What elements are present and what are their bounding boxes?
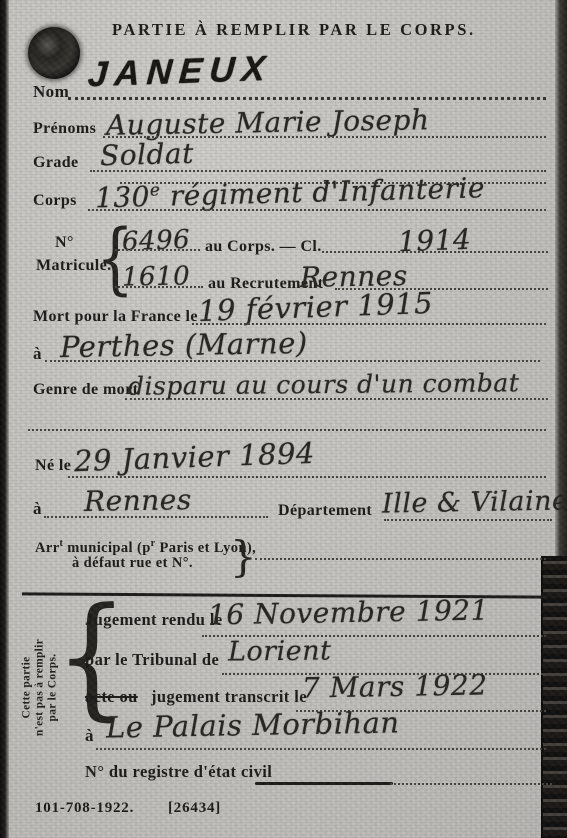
dotted-leader [192,323,546,325]
dotted-leader [28,429,546,431]
field-value-genre-mort: disparu au cours d'un combat [128,368,520,400]
field-label-jugement-rendu: Jugement rendu le [85,610,223,630]
field-value-matricule-corps: 6496 [121,225,190,257]
field-label-jugement-transcrit: jugement transcrit le [151,687,307,707]
field-value-nom: JANEUX [87,49,274,96]
field-value-tribunal: Lorient [228,636,332,668]
side-note: Cette partie n'est pas à remplir par le … [21,604,60,772]
dotted-leader [45,360,540,362]
dotted-leader [115,249,200,251]
dotted-leader [125,398,548,400]
ink-stamp-icon [28,27,80,79]
field-value-jugement-transcrit: 7 Mars 1922 [302,668,488,704]
field-value-ne-le: 29 Janvier 1894 [73,436,315,478]
field-label-tribunal: par le Tribunal de [85,650,219,670]
military-death-record-card: PARTIE À REMPLIR PAR LE CORPS. JANEUX No… [0,0,567,838]
dotted-leader [390,783,552,785]
field-label-prenoms: Prénoms [33,120,96,138]
field-label-mort-lieu: à [33,344,42,364]
field-value-ne-lieu: Rennes [84,483,192,518]
arrondissement-brace: } [230,536,257,578]
field-label-registre: N° du registre d'état civil [85,762,272,782]
side-note-line: Cette partie [21,604,34,772]
dotted-leader [68,97,546,100]
field-value-departement: Ille & Vilaine [382,485,567,519]
dotted-leader [384,519,552,521]
field-value-transcription-lieu: Le Palais Morbihan [106,705,400,744]
field-label-transcription-lieu: à [85,726,94,746]
field-value-corps: 130e régiment d'Infanterie [95,171,486,215]
field-label-grade: Grade [33,154,79,172]
field-label-genre-mort: Genre de mort [33,381,138,399]
field-label-au-corps: au Corps. — Cl. [205,238,322,256]
field-label-acte-ou-struck: acte ou [85,687,138,707]
field-label-arrondissement: Arrt municipal (pr Paris et Lyon), [35,538,256,557]
dotted-leader [44,516,268,518]
dotted-leader [322,251,548,253]
field-value-jugement-rendu: 16 Novembre 1921 [208,594,489,632]
footer-imprint: 101-708-1922. [35,800,134,817]
field-value-mort-le: 19 février 1915 [197,286,433,328]
field-label-arrondissement-line2: à défaut rue et N°. [72,555,193,572]
dotted-leader [96,748,546,750]
field-label-departement: Département [278,502,372,520]
field-label-mort-le: Mort pour la France le [33,308,198,326]
field-label-matricule-no: N° [55,234,74,252]
field-label-nom: Nom [33,82,69,102]
dotted-leader [68,476,546,478]
registre-line-solid [255,782,393,785]
field-label-corps: Corps [33,192,77,210]
header-title: PARTIE À REMPLIR PAR LE CORPS. [112,20,476,40]
field-label-ne-lieu: à [33,499,42,519]
field-value-mort-lieu: Perthes (Marne) [60,326,308,364]
field-label-ne-le: Né le [35,457,71,475]
field-value-grade: Soldat [100,137,195,172]
dotted-leader [115,286,203,288]
footer-serial: [26434] [168,800,221,817]
dotted-leader [88,209,546,211]
left-scan-edge [0,0,9,838]
dotted-leader [255,558,546,560]
side-note-line: n'est pas à remplir [34,604,47,772]
